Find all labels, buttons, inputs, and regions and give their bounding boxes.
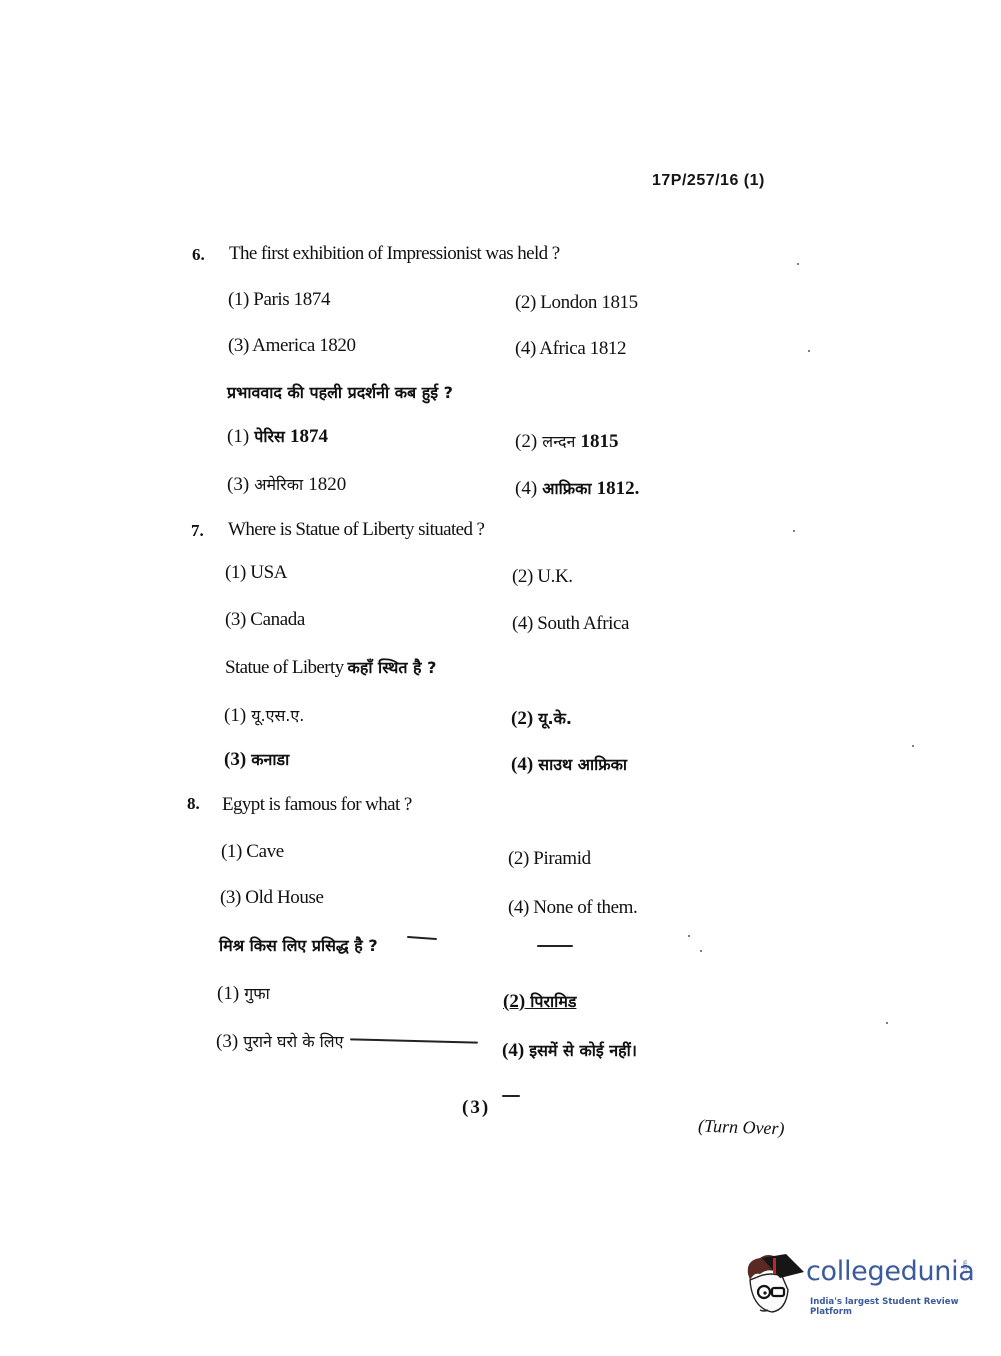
question-number: 6. [192,245,205,265]
question-number: 7. [191,521,204,541]
scan-speck [688,935,690,937]
turn-over-note: (Turn Over) [698,1115,785,1139]
option-2-en: (2) Piramid [508,848,591,870]
question-text-hi: प्रभाववाद की पहली प्रदर्शनी कब हुई ? [227,381,453,403]
scan-speck [700,950,702,952]
question-text-hi: मिश्र किस लिए प्रसिद्ध है ? [219,934,378,956]
option-4-en: (4) Africa 1812 [515,338,626,360]
paper-code: 17P/257/16 (1) [652,172,765,190]
scan-speck [886,1022,888,1024]
option-1-en: (1) Cave [221,841,284,863]
option-3-hi: (3) अमेरिका 1820 [227,473,346,496]
option-2-hi: (2) पिरामिड [503,990,576,1013]
brand-name: collegedunia [806,1256,975,1287]
scan-scratch [502,1095,520,1097]
option-4-en: (4) None of them. [508,897,637,919]
question-text-en: The first exhibition of Impressionist wa… [229,243,560,265]
option-1-hi: (1) गुफा [217,982,270,1005]
scan-scratch [537,945,573,947]
page-number: (3) [462,1097,490,1119]
question-text-hi: Statue of Liberty कहाँ स्थित है ? [225,656,436,679]
option-2-hi: (2) लन्दन 1815 [515,430,619,453]
option-3-en: (3) Old House [220,887,324,909]
option-2-en: (2) U.K. [512,566,573,588]
option-3-hi: (3) पुराने घरो के लिए [216,1030,343,1053]
question-text-en: Egypt is famous for what ? [222,794,412,816]
option-3-en: (3) Canada [225,609,305,631]
scan-speck [808,350,810,352]
scan-speck [793,530,795,532]
option-4-hi: (4) आफ्रिका 1812. [515,477,639,500]
brand-tagline: India's largest Student Review Platform [810,1297,972,1317]
mascot-icon [742,1250,806,1318]
option-1-hi: (1) यू.एस.ए. [224,704,304,727]
scan-scratch [407,936,437,940]
question-number: 8. [187,794,200,814]
option-3-hi: (3) कनाडा [224,748,289,771]
scan-scratch [350,1038,478,1043]
option-4-hi: (4) इसमें से कोई नहीं। [502,1039,637,1062]
option-4-en: (4) South Africa [512,613,629,635]
brand-domain-suffix: .com [962,1260,969,1275]
option-4-hi: (4) साउथ आफ्रिका [511,753,627,776]
option-2-hi: (2) यू.के. [511,707,572,730]
scan-speck [912,745,914,747]
option-1-en: (1) USA [225,562,287,584]
option-3-en: (3) America 1820 [228,335,356,357]
option-2-en: (2) London 1815 [515,292,638,314]
scan-speck [797,263,799,265]
collegedunia-logo: collegedunia .com India's largest Studen… [742,1250,972,1320]
question-text-en: Where is Statue of Liberty situated ? [228,519,484,541]
option-1-hi: (1) पेरिस 1874 [227,425,328,448]
option-1-en: (1) Paris 1874 [228,289,330,311]
